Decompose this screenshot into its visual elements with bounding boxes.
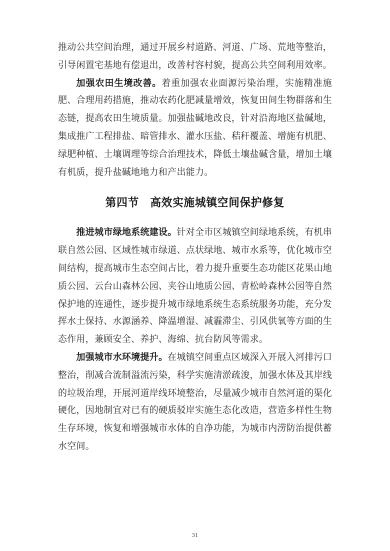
paragraph-text: 针对全市区城镇空间绿地系统，有机串联自然公园、区域性城市绿道、点状绿地、城市水系… (58, 227, 332, 344)
paragraph-bold-lead: 加强城市水环境提升。 (76, 352, 167, 362)
paragraph-urban-green-space: 推进城市绿地系统建设。针对全市区城镇空间绿地系统，有机串联自然公园、区域性城市绿… (58, 224, 332, 349)
paragraph-farmland-habitat: 加强农田生境改善。着重加强农业面源污染治理，实施精准施肥、合理用药措施，推动农药… (58, 75, 332, 182)
paragraph-text: 推动公共空间治理，通过开展乡村道路、河道、广场、荒地等整治，引导闲置宅基地有偿退… (58, 42, 332, 70)
paragraph-text: 着重加强农业面源污染治理，实施精准施肥、合理用药措施，推动农药化肥减量增效，恢复… (58, 78, 332, 177)
section-heading: 第四节 高效实施城镇空间保护修复 (58, 195, 332, 211)
page-content: 推动公共空间治理，通过开展乡村道路、河道、广场、荒地等整治，引导闲置宅基地有偿退… (58, 39, 332, 456)
paragraph-urban-water-environment: 加强城市水环境提升。在城镇空间重点区域深入开展入河排污口整治，削减合流制溢流污染… (58, 349, 332, 456)
page-number: 31 (0, 532, 390, 539)
paragraph-public-space-carryover: 推动公共空间治理，通过开展乡村道路、河道、广场、荒地等整治，引导闲置宅基地有偿退… (58, 39, 332, 75)
paragraph-bold-lead: 推进城市绿地系统建设。 (76, 227, 176, 237)
paragraph-bold-lead: 加强农田生境改善。 (76, 78, 161, 88)
paragraph-text: 在城镇空间重点区域深入开展入河排污口整治，削减合流制溢流污染，科学实施清淤疏浚，… (58, 352, 332, 451)
document-page: 推动公共空间治理，通过开展乡村道路、河道、广场、荒地等整治，引导闲置宅基地有偿退… (0, 0, 390, 551)
